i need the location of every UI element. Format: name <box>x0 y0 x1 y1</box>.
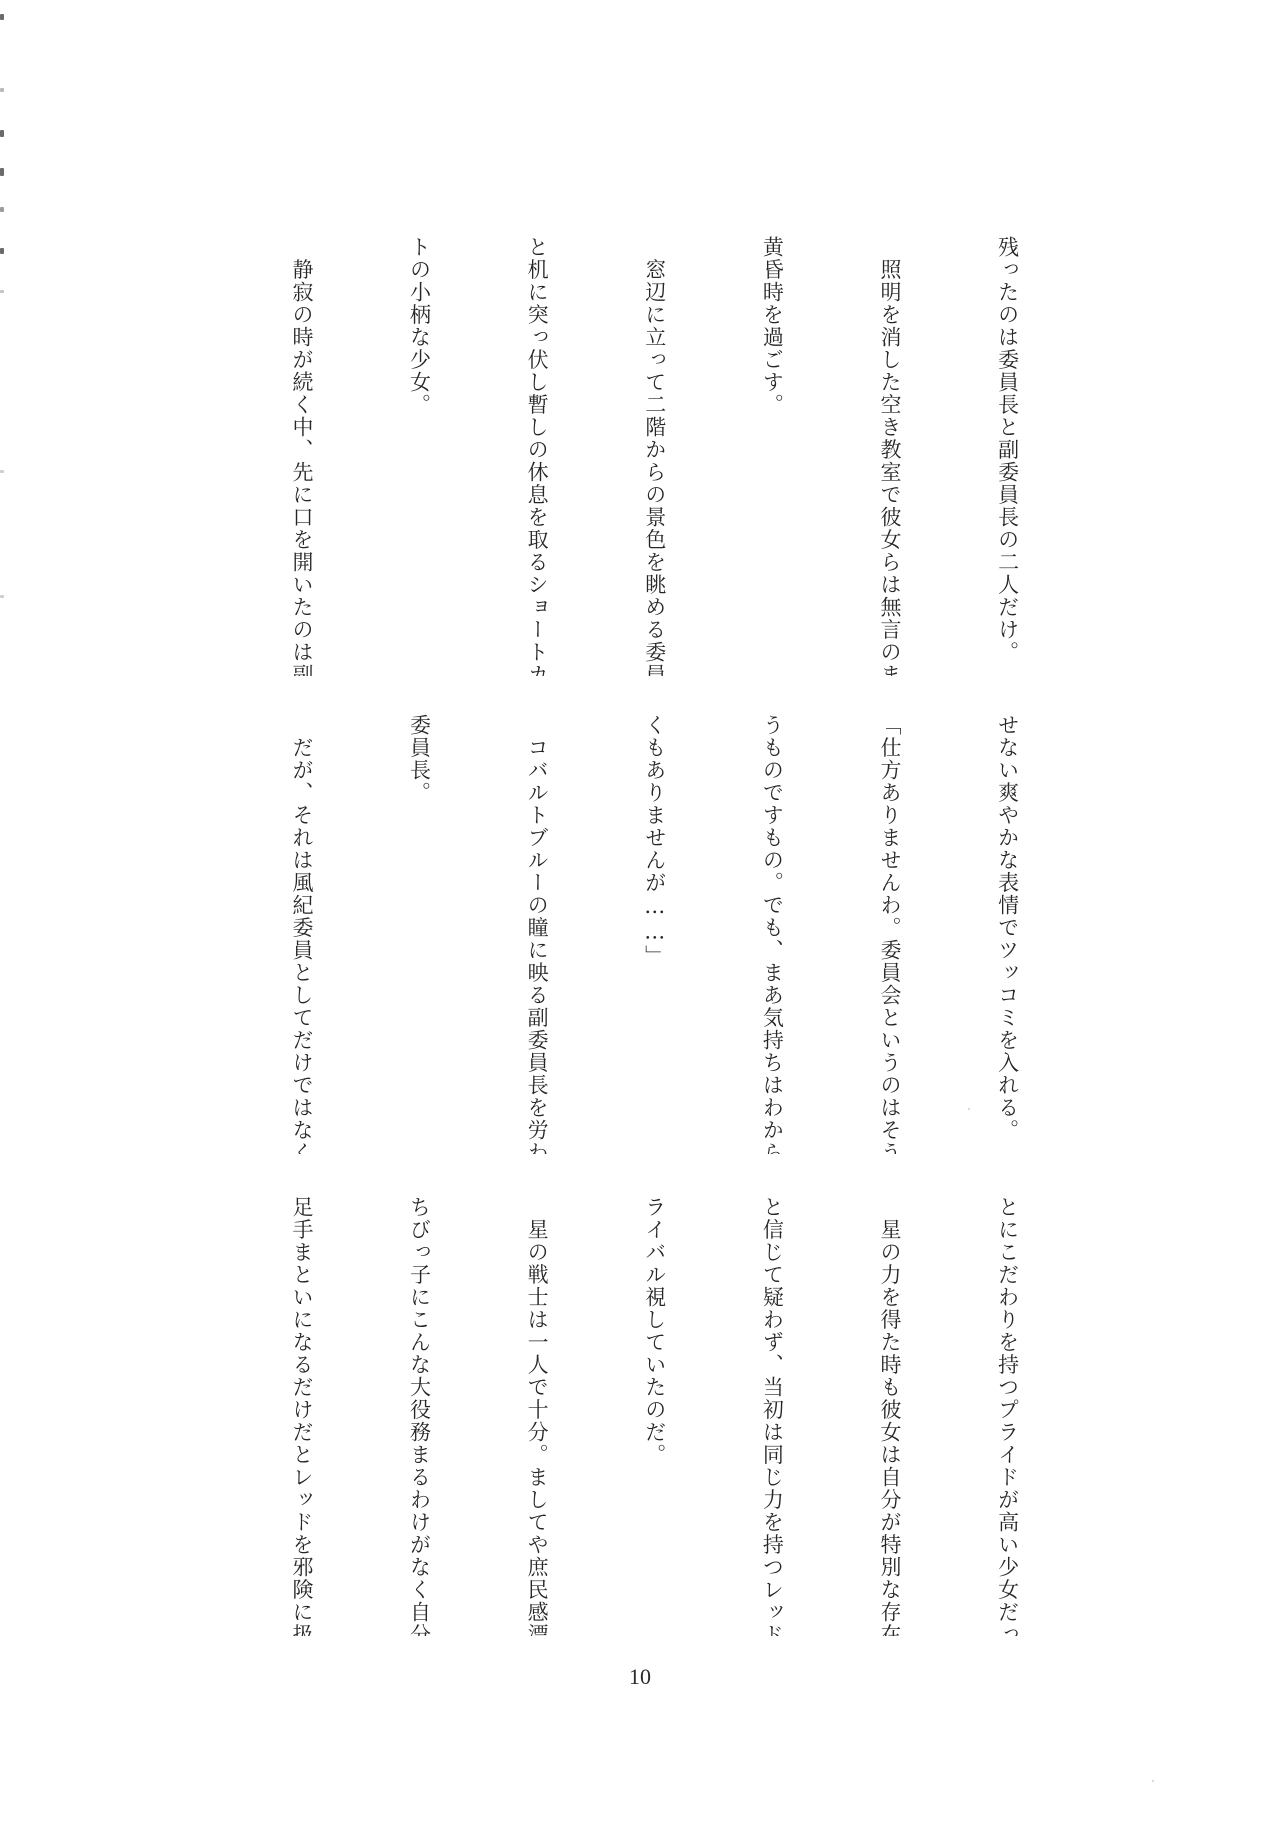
paper-speck <box>1152 1780 1154 1782</box>
text-line: 黄昏時を過ごす。 <box>752 236 791 676</box>
page-number: 10 <box>610 1664 670 1690</box>
text-line: 静寂の時が続く中、先に口を開いたのは副委 <box>282 236 321 676</box>
text-line: 委員長。 <box>399 714 438 1154</box>
text-line: 「仕方ありませんわ。委員会というのはそうい <box>870 714 909 1154</box>
text-line: 照明を消した空き教室で彼女らは無言のまま <box>870 236 909 676</box>
text-line: だが、それは風紀委員としてだけではなくも <box>282 714 321 1154</box>
text-line: と信じて疑わず、当初は同じ力を持つレッドを <box>752 1196 791 1636</box>
text-line: ちびっ子にこんな大役務まるわけがなく自分の <box>399 1196 438 1636</box>
left-edge-bleed-marks <box>0 0 8 700</box>
text-block-middle: せない爽やかな表情でツッコミを入れる。 「仕方ありませんわ。委員会というのはそう… <box>205 714 1105 1154</box>
text-line: コバルトブルーの瞳に映る副委員長を労わる <box>517 714 556 1154</box>
text-block-bottom: とにこだわりを持つプライドが高い少女だった。 星の力を得た時も彼女は自分が特別な… <box>205 1196 1105 1636</box>
text-line: うものですもの。でも、まあ気持ちはわからな <box>752 714 791 1154</box>
text-line: くもありませんが……」 <box>635 714 674 1154</box>
text-line: と机に突っ伏し暫しの休息を取るショートカッ <box>517 236 556 676</box>
book-page: 残ったのは委員長と副委員長の二人だけ。 照明を消した空き教室で彼女らは無言のまま… <box>0 0 1280 1825</box>
text-line: 星の力を得た時も彼女は自分が特別な存在だ <box>870 1196 909 1636</box>
text-line: 残ったのは委員長と副委員長の二人だけ。 <box>987 236 1026 676</box>
text-line: 窓辺に立って二階からの景色を眺める委員長 <box>635 236 674 676</box>
text-line: 足手まといになるだけだとレッドを邪険に扱う <box>282 1196 321 1636</box>
text-line: とにこだわりを持つプライドが高い少女だった。 <box>987 1196 1026 1636</box>
text-line: トの小柄な少女。 <box>399 236 438 676</box>
text-line: 星の戦士は一人で十分。ましてや庶民感漂う <box>517 1196 556 1636</box>
text-block-top: 残ったのは委員長と副委員長の二人だけ。 照明を消した空き教室で彼女らは無言のまま… <box>205 236 1105 676</box>
text-line: せない爽やかな表情でツッコミを入れる。 <box>987 714 1026 1154</box>
text-line: ライバル視していたのだ。 <box>635 1196 674 1636</box>
